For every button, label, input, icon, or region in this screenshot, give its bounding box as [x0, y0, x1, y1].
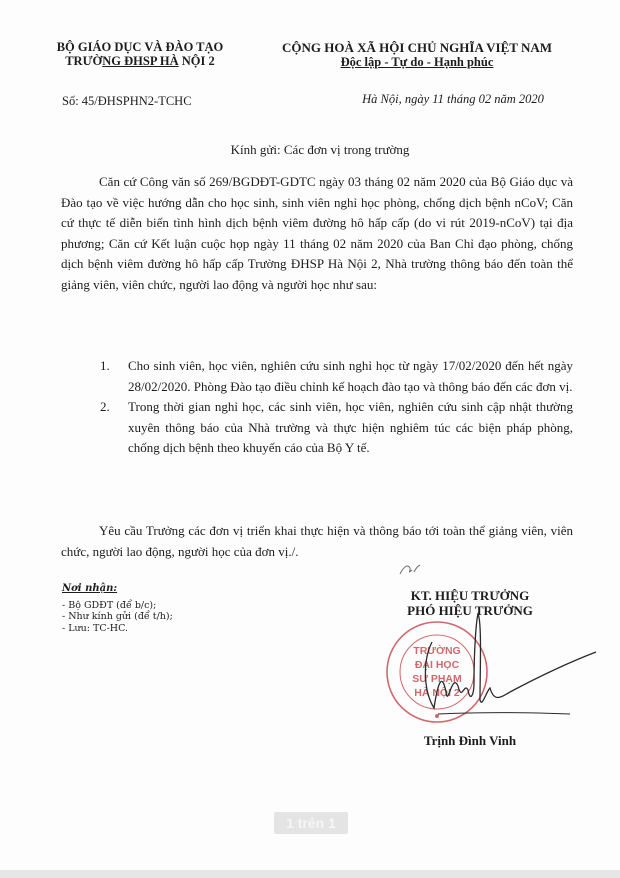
list-text: Cho sinh viên, học viên, nghiên cứu sinh… — [128, 358, 573, 394]
ministry-name: BỘ GIÁO DỤC VÀ ĐÀO TẠO — [40, 40, 240, 54]
closing: Yêu cầu Trưởng các đơn vị triển khai thự… — [61, 520, 573, 562]
recipients-title: Nơi nhận: — [62, 583, 173, 595]
list-number: 2. — [100, 397, 110, 418]
document-page: BỘ GIÁO DỤC VÀ ĐÀO TẠO TRƯỜNG ĐHSP HÀ NỘ… — [0, 0, 620, 870]
place-date: Hà Nội, ngày 11 tháng 02 năm 2020 — [318, 92, 588, 107]
numbered-list: 1. Cho sinh viên, học viên, nghiên cứu s… — [100, 356, 573, 459]
document-number: Số: 45/ĐHSPHN2-TCHC — [62, 94, 192, 109]
recipient-item: - Lưu: TC-HC. — [62, 623, 173, 635]
signer-name: Trịnh Đình Vinh — [370, 733, 570, 749]
list-number: 1. — [100, 356, 110, 377]
body-intro: Căn cứ Công văn số 269/BGDĐT-GDTC ngày 0… — [61, 172, 573, 296]
intro-paragraph: Căn cứ Công văn số 269/BGDĐT-GDTC ngày 0… — [61, 172, 573, 296]
recipients: Nơi nhận: - Bộ GDĐT (để b/c); - Như kính… — [62, 583, 173, 634]
viewer-bottom-bar — [0, 870, 620, 878]
signatory-line-1: KT. HIỆU TRƯỞNG — [370, 588, 570, 603]
closing-paragraph: Yêu cầu Trưởng các đơn vị triển khai thự… — [61, 520, 573, 562]
school-name: TRƯỜNG ĐHSP HÀ NỘI 2 — [40, 54, 240, 68]
handwritten-signature-icon — [420, 612, 600, 728]
recipient-item: - Bộ GDĐT (để b/c); — [62, 600, 173, 612]
national-header: CỘNG HOÀ XÃ HỘI CHỦ NGHĨA VIỆT NAM Độc l… — [272, 40, 562, 70]
issuer-header: BỘ GIÁO DỤC VÀ ĐÀO TẠO TRƯỜNG ĐHSP HÀ NỘ… — [40, 40, 240, 68]
page-indicator: 1 trên 1 — [274, 812, 348, 834]
initial-mark-icon — [398, 562, 422, 578]
nation-title: CỘNG HOÀ XÃ HỘI CHỦ NGHĨA VIỆT NAM — [272, 40, 562, 55]
list-item: 1. Cho sinh viên, học viên, nghiên cứu s… — [100, 356, 573, 397]
recipient-item: - Như kính gửi (để t/h); — [62, 611, 173, 623]
list-text: Trong thời gian nghỉ học, các sinh viên,… — [128, 399, 573, 455]
list-item: 2. Trong thời gian nghỉ học, các sinh vi… — [100, 397, 573, 459]
national-motto: Độc lập - Tự do - Hạnh phúc — [272, 55, 562, 70]
salutation: Kính gửi: Các đơn vị trong trường — [0, 142, 620, 158]
